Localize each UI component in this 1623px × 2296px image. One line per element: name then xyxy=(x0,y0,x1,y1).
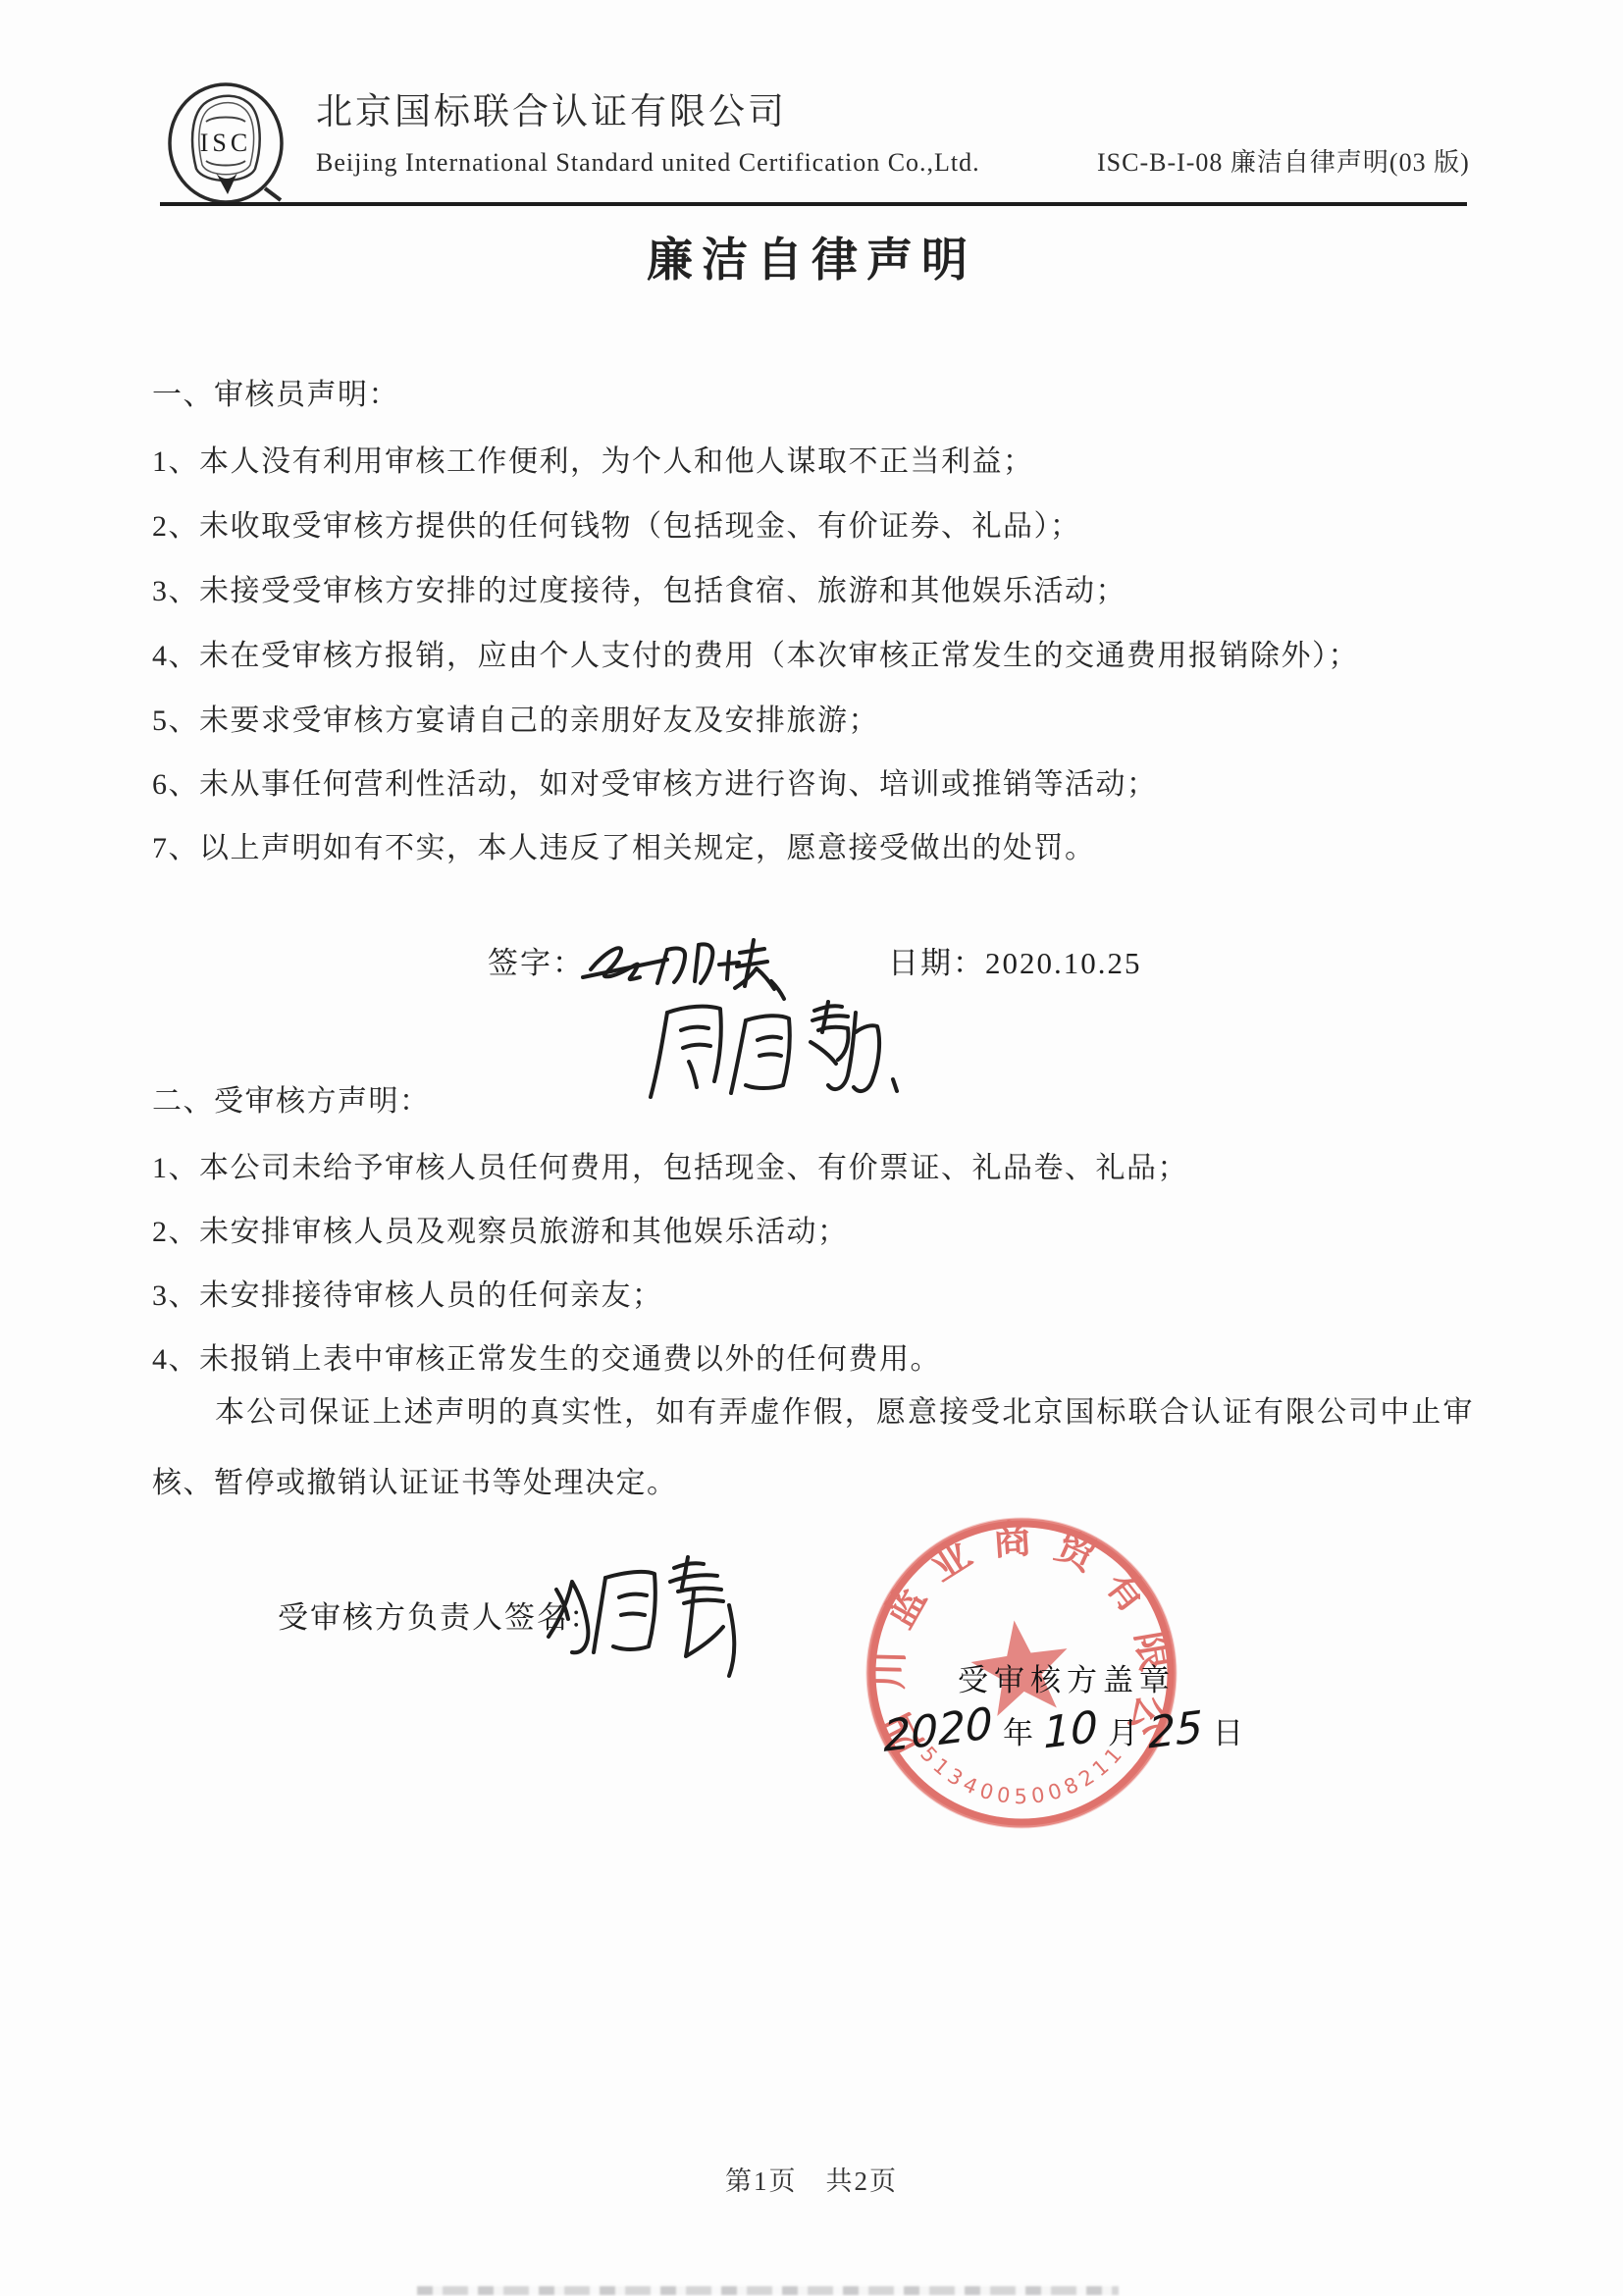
seal-caption: 受审核方盖章 xyxy=(958,1665,1176,1696)
company-name-en: Beijing International Standard united Ce… xyxy=(316,150,980,176)
scanned-document-page: ISC 北京国标联合认证有限公司 Beijing International S… xyxy=(0,0,1623,2296)
date-label: 日期： xyxy=(888,946,985,980)
auditor-item: 7、以上声明如有不实，本人违反了相关规定，愿意接受做出的处罚。 xyxy=(152,834,1096,863)
seal-date-year: 2020 xyxy=(883,1702,993,1759)
auditor-item: 3、未接受受审核方安排的过度接待，包括食宿、旅游和其他娱乐活动； xyxy=(152,577,1126,606)
auditor-section-heading: 一、审核员声明： xyxy=(152,381,399,410)
scan-bleed-through xyxy=(417,2286,1119,2295)
document-code: ISC-B-I-08 廉洁自律声明(03 版) xyxy=(1097,150,1470,176)
seal-date-month: 10 xyxy=(1043,1705,1098,1755)
auditor-signature-2 xyxy=(636,993,920,1106)
auditor-item: 4、未在受审核方报销，应由个人支付的费用（本次审核正常发生的交通费用报销除外）； xyxy=(152,642,1359,671)
svg-text:ISC: ISC xyxy=(200,129,251,157)
seal-date-day-unit: 日 xyxy=(1213,1718,1243,1748)
auditee-item: 2、未安排审核人员及观察员旅游和其他娱乐活动； xyxy=(152,1218,849,1247)
isc-logo-icon: ISC xyxy=(159,78,296,216)
auditor-item: 1、本人没有利用审核工作便利，为个人和他人谋取不正当利益； xyxy=(152,447,1034,477)
auditor-signature-1 xyxy=(569,913,873,1006)
auditor-item: 2、未收取受审核方提供的任何钱物（包括现金、有价证券、礼品）； xyxy=(152,512,1081,542)
page-number: 第1页 共2页 xyxy=(0,2168,1623,2195)
auditee-section-heading: 二、受审核方声明： xyxy=(152,1087,431,1117)
auditee-item: 4、未报销上表中审核正常发生的交通费以外的任何费用。 xyxy=(152,1345,941,1375)
seal-date-line: 2020 年 10 月 25 日 xyxy=(883,1709,1253,1752)
auditor-item: 6、未从事任何营利性活动，如对受审核方进行咨询、培训或推销等活动； xyxy=(152,770,1158,800)
seal-date-month-unit: 月 xyxy=(1108,1718,1138,1748)
date-value: 2020.10.25 xyxy=(985,946,1142,980)
auditor-sign-date: 日期：2020.10.25 xyxy=(888,948,1142,978)
page-title: 廉洁自律声明 xyxy=(0,238,1623,285)
auditee-signature xyxy=(535,1548,765,1681)
seal-date-day: 25 xyxy=(1148,1705,1203,1755)
seal-date-year-unit: 年 xyxy=(1003,1718,1033,1748)
header-divider xyxy=(160,202,1467,206)
commitment-paragraph: 本公司保证上述声明的真实性，如有弄虚作假，愿意接受北京国标联合认证有限公司中止审… xyxy=(152,1378,1474,1519)
auditee-item: 1、本公司未给予审核人员任何费用，包括现金、有价票证、礼品卷、礼品； xyxy=(152,1154,1188,1183)
auditor-item: 5、未要求受审核方宴请自己的亲朋好友及安排旅游； xyxy=(152,706,879,736)
company-name-cn: 北京国标联合认证有限公司 xyxy=(316,94,787,130)
auditee-item: 3、未安排接待审核人员的任何亲友； xyxy=(152,1281,663,1311)
